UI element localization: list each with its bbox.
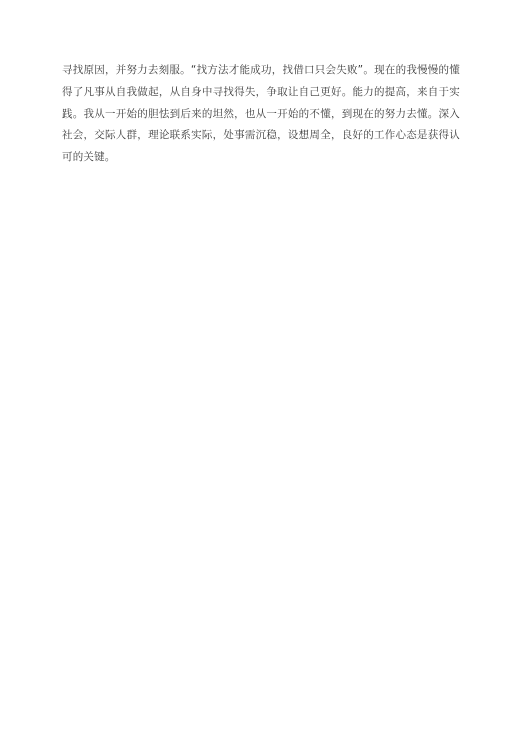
text-line: 寻找原因，并努力去刻服。“找方法才能成功，找借口只会失败”。现在的我慢慢的懂: [62, 60, 460, 82]
text-line: 践。我从一开始的胆怯到后来的坦然，也从一开始的不懂，到现在的努力去懂。深入: [62, 104, 460, 126]
text-line: 得了凡事从自我做起，从自身中寻找得失，争取让自己更好。能力的提高，来自于实: [62, 82, 460, 104]
document-page: 寻找原因，并努力去刻服。“找方法才能成功，找借口只会失败”。现在的我慢慢的懂 得…: [0, 0, 520, 735]
text-line: 可的关键。: [62, 147, 460, 169]
text-line: 社会，交际人群，理论联系实际，处事需沉稳，设想周全，良好的工作心态是获得认: [62, 125, 460, 147]
body-paragraph: 寻找原因，并努力去刻服。“找方法才能成功，找借口只会失败”。现在的我慢慢的懂 得…: [62, 60, 460, 169]
